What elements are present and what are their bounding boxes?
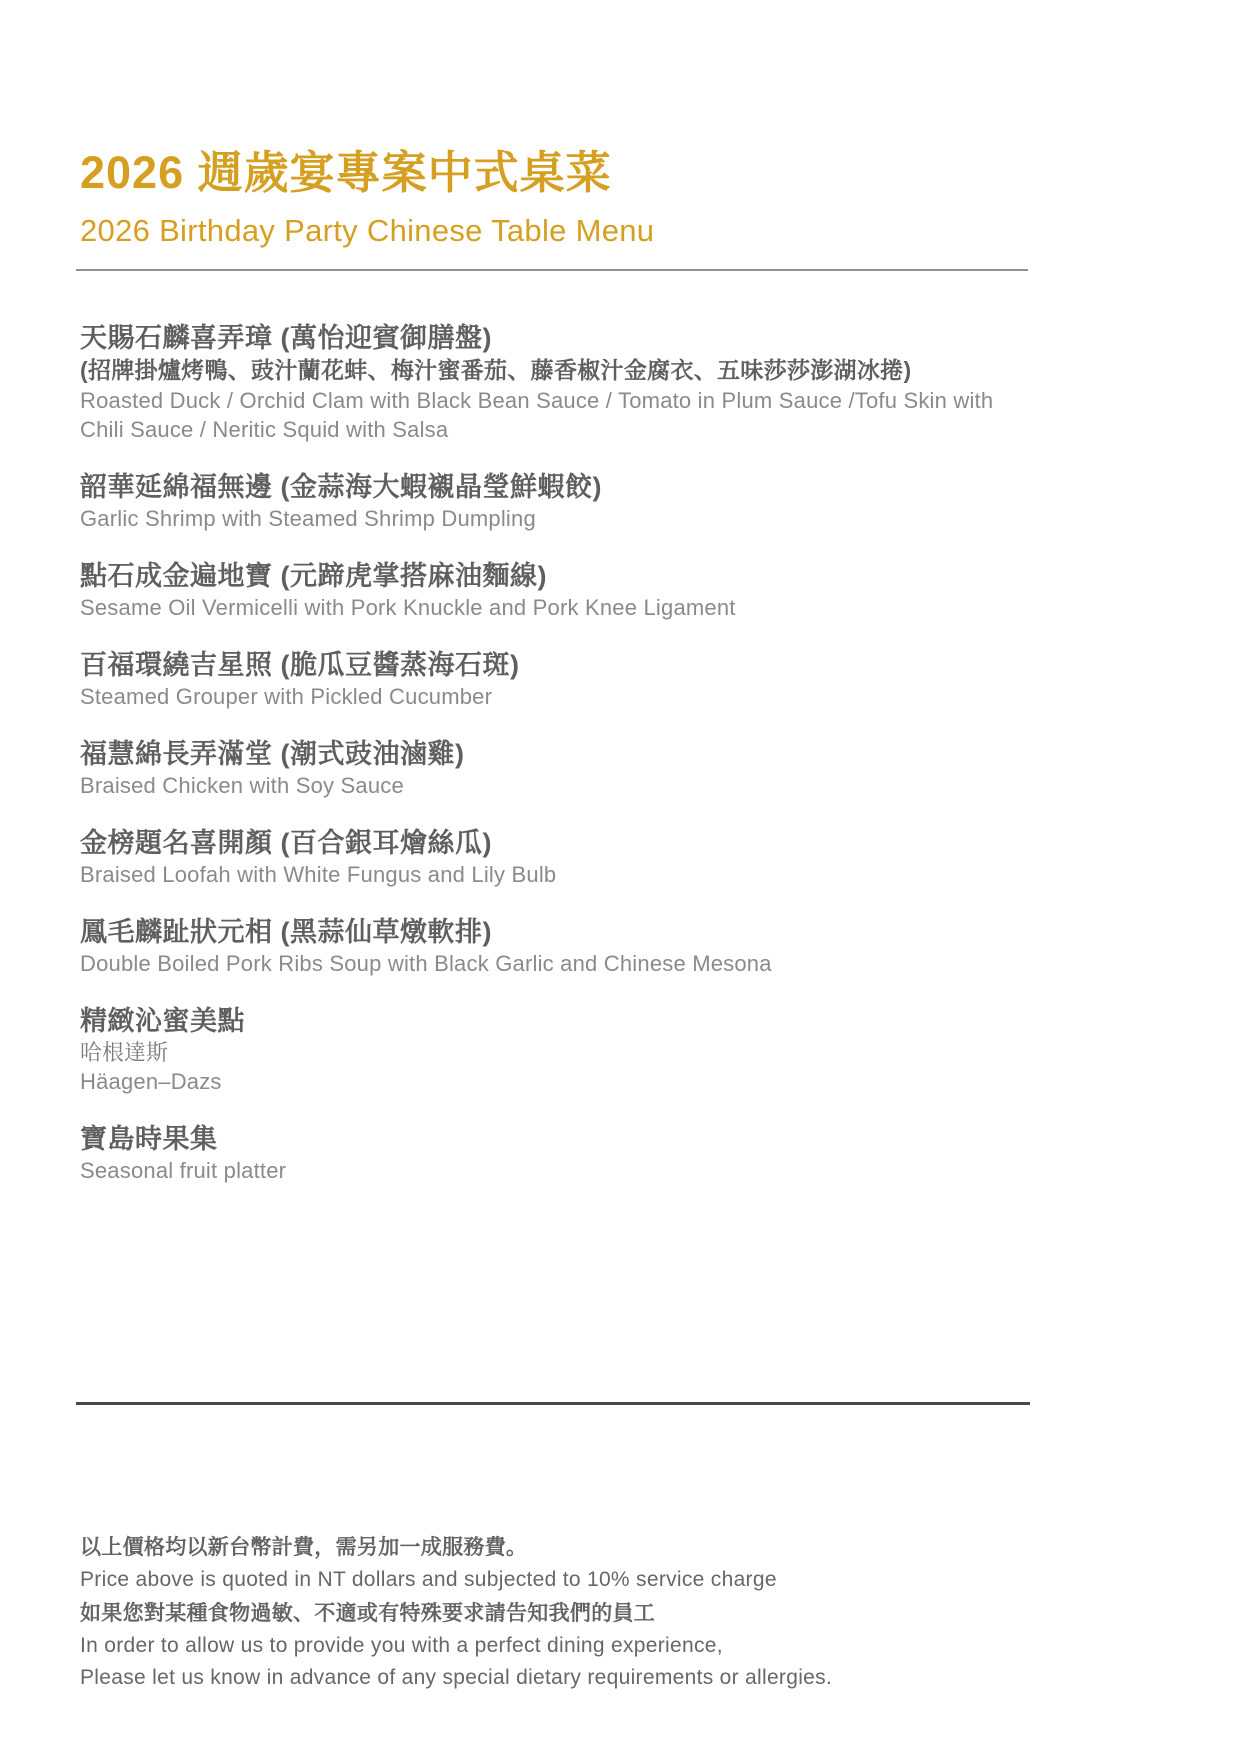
dish-name-zh: 點石成金遍地寶 (元蹄虎掌搭麻油麵線) [80,559,1240,593]
dish-name-en: Sesame Oil Vermicelli with Pork Knuckle … [80,593,1030,622]
dish-sub-zh: 哈根達斯 [80,1038,1240,1067]
menu-item-shrimp: 韶華延綿福無邊 (金蒜海大蝦襯晶瑩鮮蝦餃) Garlic Shrimp with… [80,470,1240,533]
service-charge-note-zh: 以上價格均以新台幣計費，需另加一成服務費。 [80,1532,1080,1564]
dish-name-zh: 寶島時果集 [80,1122,1240,1156]
menu-page: 2026 週歲宴專案中式桌菜 2026 Birthday Party Chine… [0,0,1240,1754]
allergy-note-en-line1: In order to allow us to provide you with… [80,1630,1080,1662]
dish-name-zh: 精緻沁蜜美點 [80,1004,1240,1038]
dish-name-zh: 韶華延綿福無邊 (金蒜海大蝦襯晶瑩鮮蝦餃) [80,470,1240,504]
menu-item-chicken: 福慧綿長弄滿堂 (潮式豉油滷雞) Braised Chicken with So… [80,737,1240,800]
allergy-note-en-line2: Please let us know in advance of any spe… [80,1662,1080,1694]
page-title-en: 2026 Birthday Party Chinese Table Menu [80,212,1240,249]
header-divider [76,269,1028,271]
footer-notes: 以上價格均以新台幣計費，需另加一成服務費。 Price above is quo… [80,1532,1080,1694]
menu-item-dessert: 精緻沁蜜美點 哈根達斯 Häagen–Dazs [80,1004,1240,1096]
dish-detail-zh: (招牌掛爐烤鴨、豉汁蘭花蚌、梅汁蜜番茄、藤香椒汁金腐衣、五味莎莎澎湖冰捲) [80,355,1240,386]
dish-name-zh: 鳳毛麟趾狀元相 (黑蒜仙草燉軟排) [80,915,1240,949]
dish-name-en: Steamed Grouper with Pickled Cucumber [80,682,1030,711]
dish-name-zh: 金榜題名喜開顏 (百合銀耳燴絲瓜) [80,826,1240,860]
dish-name-en: Double Boiled Pork Ribs Soup with Black … [80,949,1030,978]
footer-divider [76,1402,1030,1405]
allergy-note-zh: 如果您對某種食物過敏、不適或有特殊要求請告知我們的員工 [80,1598,1080,1630]
dish-name-en: Garlic Shrimp with Steamed Shrimp Dumpli… [80,504,1030,533]
dish-name-zh: 福慧綿長弄滿堂 (潮式豉油滷雞) [80,737,1240,771]
dish-name-en: Braised Chicken with Soy Sauce [80,771,1030,800]
page-title-zh: 2026 週歲宴專案中式桌菜 [80,146,1240,200]
menu-item-vermicelli: 點石成金遍地寶 (元蹄虎掌搭麻油麵線) Sesame Oil Vermicell… [80,559,1240,622]
menu-item-fruit: 寶島時果集 Seasonal fruit platter [80,1122,1240,1185]
menu-item-loofah: 金榜題名喜開顏 (百合銀耳燴絲瓜) Braised Loofah with Wh… [80,826,1240,889]
menu-list: 天賜石麟喜弄璋 (萬怡迎賓御膳盤) (招牌掛爐烤鴨、豉汁蘭花蚌、梅汁蜜番茄、藤香… [80,321,1240,1185]
dish-name-zh: 百福環繞吉星照 (脆瓜豆醬蒸海石斑) [80,648,1240,682]
menu-item-pork-ribs-soup: 鳳毛麟趾狀元相 (黑蒜仙草燉軟排) Double Boiled Pork Rib… [80,915,1240,978]
dish-name-en: Häagen–Dazs [80,1067,1030,1096]
dish-name-zh: 天賜石麟喜弄璋 (萬怡迎賓御膳盤) [80,321,1240,355]
dish-name-en: Seasonal fruit platter [80,1156,1030,1185]
dish-name-en: Braised Loofah with White Fungus and Lil… [80,860,1030,889]
dish-name-en: Roasted Duck / Orchid Clam with Black Be… [80,386,1030,444]
menu-item-grouper: 百福環繞吉星照 (脆瓜豆醬蒸海石斑) Steamed Grouper with … [80,648,1240,711]
menu-item-appetizer-platter: 天賜石麟喜弄璋 (萬怡迎賓御膳盤) (招牌掛爐烤鴨、豉汁蘭花蚌、梅汁蜜番茄、藤香… [80,321,1240,444]
service-charge-note-en: Price above is quoted in NT dollars and … [80,1564,1080,1596]
